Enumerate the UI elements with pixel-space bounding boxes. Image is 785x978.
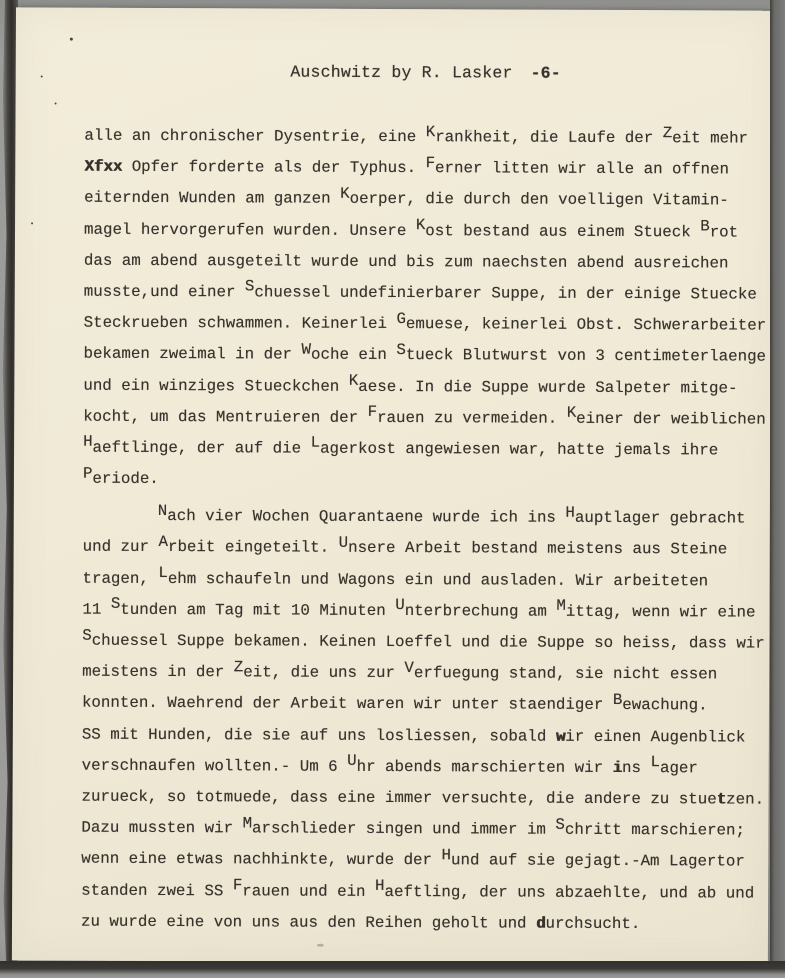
raised-char: U xyxy=(395,596,405,614)
text-run: aeftlinge, der auf die xyxy=(93,439,311,458)
text-run: oerper, die durch den voelligen Vitamin- xyxy=(350,190,729,210)
text-line: bekamen zweimal in der Woche ein Stueck … xyxy=(83,339,772,373)
raised-char: N xyxy=(158,502,168,520)
raised-char: L xyxy=(650,753,660,771)
overtyped-text: i xyxy=(613,759,623,777)
text-line: zurueck, so totmuede, dass eine immer ve… xyxy=(81,782,772,816)
document-body: alle an chronischer Dysentrie, eine Kran… xyxy=(81,121,772,941)
raised-char: S xyxy=(555,815,565,833)
text-run: Dazu mussten wir xyxy=(81,819,242,838)
text-run: ost bestand aus einem Stueck xyxy=(425,222,700,241)
document-page: Auschwitz by R. Lasker-6- alle an chroni… xyxy=(12,7,772,963)
text-run: eit, die uns zur xyxy=(243,664,404,683)
paper-speck xyxy=(70,38,73,41)
text-line: Xfxx Opfer forderte als der Typhus. Fern… xyxy=(84,152,772,186)
paper-speck xyxy=(55,103,57,105)
overtyped-text: d xyxy=(536,914,546,932)
text-line: verschnaufen wollten.- Um 6 Uhr abends m… xyxy=(82,750,772,784)
raised-char: S xyxy=(245,278,255,296)
text-run: ewachung. xyxy=(622,696,707,714)
raised-char: K xyxy=(416,216,426,234)
text-line: eiternden Wunden am ganzen Koerper, die … xyxy=(84,183,772,217)
page-number: -6- xyxy=(531,64,561,83)
text-run: zu wurde eine von uns aus den Reihen geh… xyxy=(81,912,536,932)
paragraph: Nach vier Wochen Quarantaene wurde ich i… xyxy=(81,501,772,941)
raised-char: F xyxy=(426,154,436,172)
text-line: wenn eine etwas nachhinkte, wurde der Hu… xyxy=(81,844,772,878)
raised-char: W xyxy=(302,340,312,358)
text-run: tragen, xyxy=(82,569,158,587)
paper-smudge xyxy=(317,944,324,947)
raised-char: H xyxy=(442,846,452,864)
text-run: bekamen zweimal in der xyxy=(83,345,301,364)
text-line: Nach vier Wochen Quarantaene wurde ich i… xyxy=(83,501,772,535)
text-run: konnten. Waehrend der Arbeit waren wir u… xyxy=(82,694,613,714)
raised-char: F xyxy=(368,403,378,421)
text-run: ir einen Augenblick xyxy=(565,727,745,746)
text-run: 11 xyxy=(82,600,111,618)
text-run: und auf sie gejagt.-Am Lagertor xyxy=(451,852,745,871)
raised-char: K xyxy=(340,185,350,203)
text-run: aeftling, der uns abzaehlte, und ab und xyxy=(384,882,754,902)
text-line: Periode. xyxy=(83,464,772,498)
overtyped-text: t xyxy=(717,790,727,808)
raised-char: S xyxy=(82,626,92,644)
text-run: standen zwei SS xyxy=(81,881,233,900)
text-run: alle an chronischer Dysentrie, eine xyxy=(84,127,425,146)
text-line: Schuessel Suppe bekamen. Keinen Loeffel … xyxy=(82,626,772,660)
text-line: SS mit Hunden, die sie auf uns losliesse… xyxy=(82,719,772,753)
text-line: meistens in der Zeit, die uns zur Verfue… xyxy=(82,657,772,691)
raised-char: U xyxy=(347,752,357,770)
raised-char: Z xyxy=(663,124,673,142)
document-header: Auschwitz by R. Lasker-6- xyxy=(230,43,561,101)
text-line: das am abend ausgeteilt wurde und bis zu… xyxy=(84,245,772,279)
raised-char: V xyxy=(404,659,414,677)
raised-char: B xyxy=(613,691,623,709)
text-run: erfuegung stand, sie nicht essen xyxy=(414,664,717,683)
text-run: verschnaufen wollten.- Um 6 xyxy=(82,756,348,775)
text-run: rbeit eingeteilt. xyxy=(168,538,339,557)
text-run: eriode. xyxy=(92,470,158,488)
text-run: eit mehr xyxy=(672,129,748,147)
scan-right-edge xyxy=(770,0,785,978)
text-run: aese. In die Suppe wurde Salpeter mitge- xyxy=(358,377,737,397)
text-line: Steckrueben schwammen. Keinerlei Gemuese… xyxy=(84,308,772,342)
text-run: chritt marschieren; xyxy=(565,821,745,840)
text-run: chuessel Suppe bekamen. Keinen Loeffel u… xyxy=(92,632,765,653)
text-line: und zur Arbeit eingeteilt. Unsere Arbeit… xyxy=(83,532,772,566)
text-run: und zur xyxy=(83,538,159,556)
text-run: magel hervorgerufen wurden. Unsere xyxy=(84,220,416,239)
paragraph: alle an chronischer Dysentrie, eine Kran… xyxy=(83,121,772,498)
raised-char: P xyxy=(83,464,93,482)
text-line: 11 Stunden am Tag mit 10 Minuten Unterbr… xyxy=(82,594,772,628)
text-run: Steckrueben schwammen. Keinerlei xyxy=(84,314,397,333)
text-line: konnten. Waehrend der Arbeit waren wir u… xyxy=(82,688,772,722)
text-run: zurueck, so totmuede, dass eine immer ve… xyxy=(82,788,717,809)
raised-char: K xyxy=(426,123,436,141)
raised-char: G xyxy=(396,310,406,328)
text-run: ehm schaufeln und Wagons ein und auslade… xyxy=(168,570,708,590)
text-run: emuese, keinerlei Obst. Schwerarbeiter xyxy=(406,315,766,335)
text-run: eiternden Wunden am ganzen xyxy=(84,189,340,208)
text-run: chuessel undefinierbarer Suppe, in der e… xyxy=(254,283,757,303)
scan-background: Auschwitz by R. Lasker-6- alle an chroni… xyxy=(0,0,785,978)
raised-char: M xyxy=(243,814,253,832)
text-run: SS mit Hunden, die sie auf uns losliesse… xyxy=(82,725,556,745)
text-run: ns xyxy=(622,759,651,777)
text-run: oche ein xyxy=(311,346,396,364)
raised-char: S xyxy=(396,341,406,359)
raised-char: K xyxy=(567,404,577,422)
text-line: standen zwei SS Frauen und ein Haeftling… xyxy=(81,875,772,909)
text-run: und ein winziges Stueckchen xyxy=(83,376,349,395)
raised-char: L xyxy=(158,564,168,582)
overtyped-text: Xfxx xyxy=(84,158,122,176)
text-run: das am abend ausgeteilt wurde und bis zu… xyxy=(84,251,729,272)
text-line: und ein winziges Stueckchen Kaese. In di… xyxy=(83,370,772,404)
text-run: zen. xyxy=(726,790,764,808)
text-run: ach vier Wochen Quarantaene wurde ich in… xyxy=(167,507,565,527)
text-run: auptlager gebracht xyxy=(575,509,746,528)
raised-char: F xyxy=(233,876,243,894)
raised-char: S xyxy=(111,595,121,613)
text-line: musste,und einer Schuessel undefinierbar… xyxy=(84,277,772,311)
raised-char: K xyxy=(349,372,359,390)
raised-char: H xyxy=(375,877,385,895)
text-line: zu wurde eine von uns aus den Reihen geh… xyxy=(81,906,772,940)
text-line: alle an chronischer Dysentrie, eine Kran… xyxy=(84,121,772,155)
raised-char: H xyxy=(565,504,575,522)
raised-char: A xyxy=(158,533,168,551)
text-run: agerkost angewiesen war, hatte jemals ih… xyxy=(320,440,718,460)
paper-speck xyxy=(31,222,33,224)
text-run: ager xyxy=(660,759,698,777)
document-title: Auschwitz by R. Lasker xyxy=(290,63,512,83)
text-run: erner litten wir alle an offnen xyxy=(435,159,729,178)
text-run: tueck Blutwurst von 3 centimeterlaenge xyxy=(406,346,766,366)
text-run: einer der weiblichen xyxy=(576,409,766,428)
text-run: arschlieder singen und immer im xyxy=(252,820,555,839)
text-run: urchsucht. xyxy=(545,914,640,932)
raised-char: U xyxy=(339,534,349,552)
scan-bottom-edge xyxy=(0,961,785,978)
raised-char: H xyxy=(83,433,93,451)
raised-char: B xyxy=(700,217,710,235)
text-run: nsere Arbeit bestand meistens aus Steine xyxy=(348,539,727,559)
text-line: tragen, Lehm schaufeln und Wagons ein un… xyxy=(82,563,772,597)
text-run: rauen und ein xyxy=(242,882,375,901)
text-run: meistens in der xyxy=(82,663,234,682)
paper-smudge xyxy=(465,129,472,132)
text-run: kocht, um das Mentruieren der xyxy=(83,407,367,426)
text-line: Haeftlinge, der auf die Lagerkost angewi… xyxy=(83,433,772,467)
text-line: magel hervorgerufen wurden. Unsere Kost … xyxy=(84,214,772,248)
text-run: rot xyxy=(710,223,739,241)
paper-speck xyxy=(41,75,43,77)
text-run: wenn eine etwas nachhinkte, wurde der xyxy=(81,850,441,870)
text-line: kocht, um das Mentruieren der Frauen zu … xyxy=(83,401,772,435)
text-run: ittag, wenn wir eine xyxy=(566,603,756,622)
text-line: Dazu mussten wir Marschlieder singen und… xyxy=(81,813,772,847)
raised-char: L xyxy=(311,434,321,452)
text-run: hr abends marschierten wir xyxy=(357,758,613,777)
text-run: nterbrechung am xyxy=(405,602,557,621)
text-run: tunden am Tag mit 10 Minuten xyxy=(120,601,395,620)
text-run: Opfer forderte als der Typhus. xyxy=(122,158,425,177)
raised-char: Z xyxy=(234,658,244,676)
text-run: rauen zu vermeiden. xyxy=(377,409,567,428)
text-run: musste,und einer xyxy=(84,283,245,302)
raised-char: M xyxy=(556,597,566,615)
